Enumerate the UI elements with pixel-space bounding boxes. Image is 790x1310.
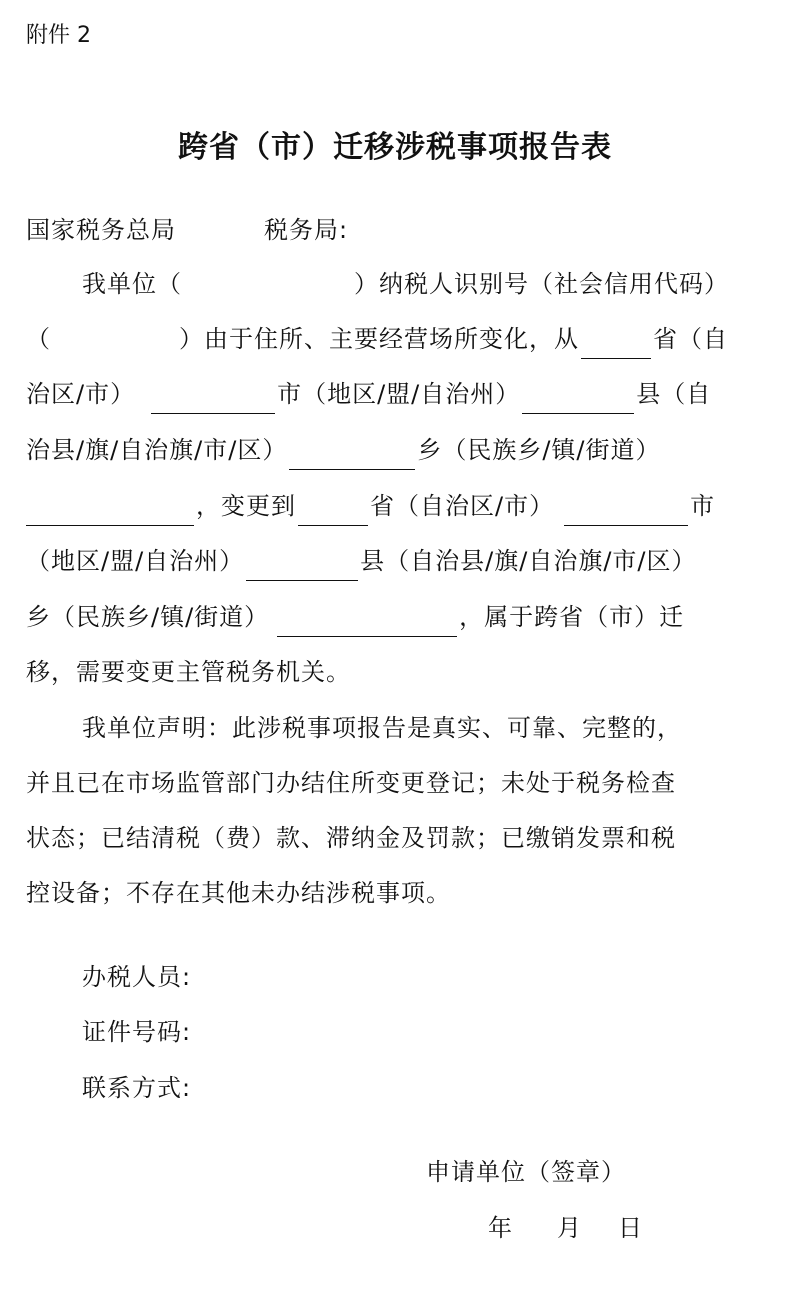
text-run: 省（自: [653, 325, 728, 353]
text-run: 乡（民族乡/镇/街道）: [417, 436, 660, 464]
body-line-7: 乡（民族乡/镇/街道），属于跨省（市）迁: [26, 597, 764, 637]
text-run: 县（自治县/旗/自治旗/市/区）: [360, 547, 696, 575]
from-city-blank[interactable]: [151, 383, 275, 414]
declaration-line-1: 我单位声明：此涉税事项报告是真实、可靠、完整的，: [82, 708, 764, 748]
handler-field[interactable]: [215, 957, 515, 997]
text-run: 县（自: [636, 380, 711, 408]
addressee-line: 国家税务总局税务局:: [26, 210, 764, 250]
day-label: 日: [618, 1214, 643, 1242]
page-title: 跨省（市）迁移涉税事项报告表: [0, 122, 790, 166]
text-run: ）由于住所、主要经营场所变化，从: [179, 325, 579, 353]
from-township-blank[interactable]: [289, 439, 415, 470]
text-run: 治县/旗/自治旗/市/区）: [26, 436, 287, 464]
to-city-blank[interactable]: [564, 495, 688, 526]
date-line: 年月日: [488, 1208, 643, 1248]
declaration-line-2: 并且已在市场监管部门办结住所变更登记；未处于税务检查: [26, 763, 764, 803]
body-line-1: 我单位（）纳税人识别号（社会信用代码）: [82, 264, 764, 304]
applicant-signature-label: 申请单位（签章）: [426, 1152, 626, 1192]
to-township-blank[interactable]: [277, 606, 457, 637]
text-run: 省（自治区/市）: [370, 492, 554, 520]
body-line-3: 治区/市）市（地区/盟/自治州）县（自: [26, 374, 764, 414]
month-label: 月: [557, 1214, 582, 1242]
declaration-line-4: 控设备；不存在其他未办结涉税事项。: [26, 873, 764, 913]
body-line-8: 移，需要变更主管税务机关。: [26, 652, 764, 692]
from-street-blank[interactable]: [26, 495, 194, 526]
text-run: 乡（民族乡/镇/街道）: [26, 603, 269, 631]
text-run: （地区/盟/自治州）: [26, 547, 244, 575]
text-run: 我单位（: [82, 270, 182, 298]
text-run: ）纳税人识别号（社会信用代码）: [354, 270, 729, 298]
addressee-bureau: 国家税务总局: [26, 216, 176, 244]
text-run: 市（地区/盟/自治州）: [277, 380, 520, 408]
from-county-blank[interactable]: [522, 383, 634, 414]
year-label: 年: [488, 1214, 513, 1242]
attachment-label: 附件 2: [26, 18, 91, 49]
declaration-line-3: 状态；已结清税（费）款、滞纳金及罚款；已缴销发票和税: [26, 818, 764, 858]
from-province-blank[interactable]: [581, 328, 651, 359]
body-line-4: 治县/旗/自治旗/市/区）乡（民族乡/镇/街道）: [26, 430, 764, 470]
id-number-field[interactable]: [215, 1012, 515, 1052]
body-line-5: ，变更到省（自治区/市）市: [26, 486, 764, 526]
addressee-local: 税务局:: [264, 216, 348, 244]
text-run: ，变更到: [196, 492, 296, 520]
text-run: 治区/市）: [26, 380, 135, 408]
contact-field[interactable]: [215, 1068, 515, 1108]
text-run: （: [26, 325, 51, 353]
body-line-6: （地区/盟/自治州）县（自治县/旗/自治旗/市/区）: [26, 541, 764, 581]
to-province-blank[interactable]: [298, 495, 368, 526]
text-run: ，属于跨省（市）迁: [459, 603, 684, 631]
to-county-blank[interactable]: [246, 550, 358, 581]
text-run: 市: [690, 492, 715, 520]
body-line-2: （）由于住所、主要经营场所变化，从省（自: [26, 319, 764, 359]
